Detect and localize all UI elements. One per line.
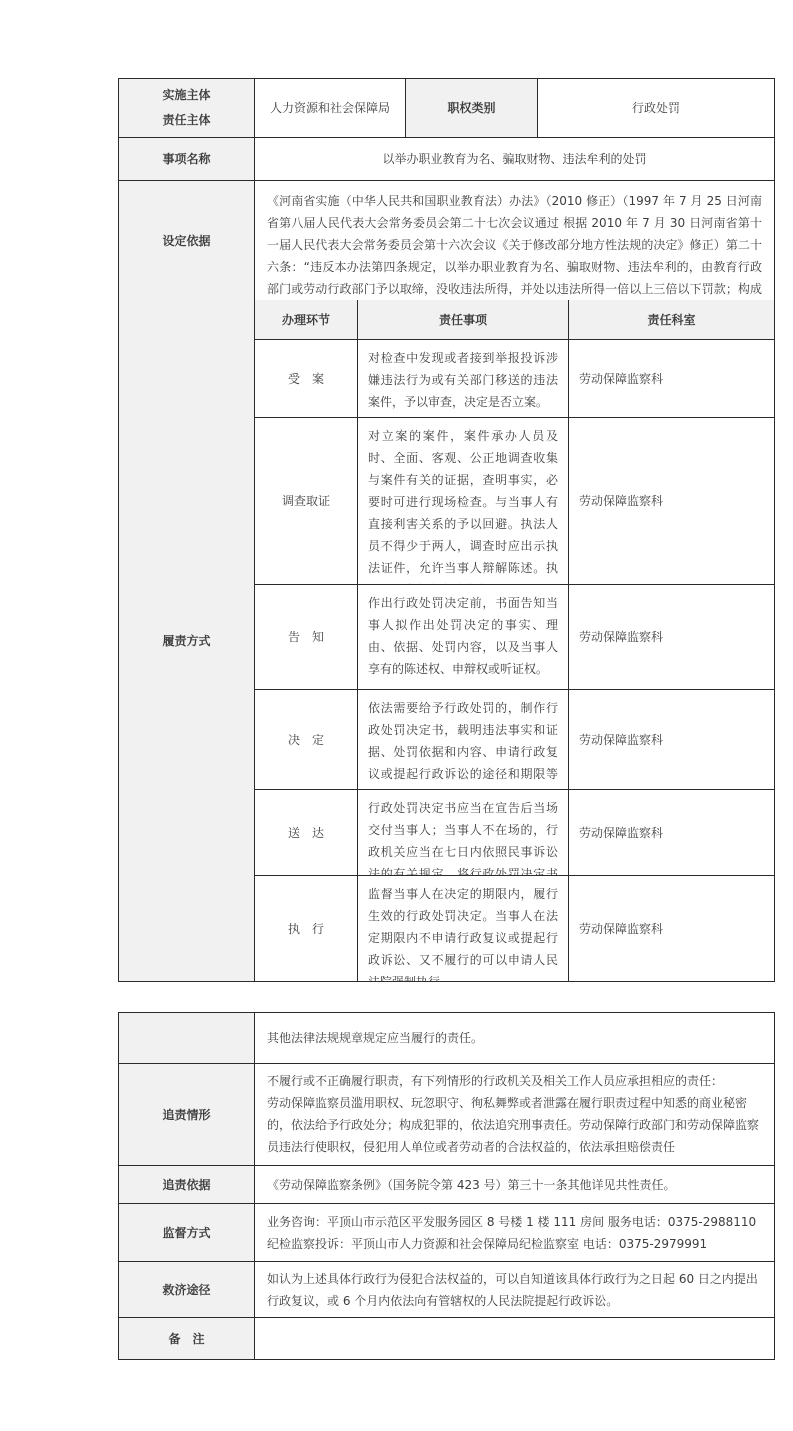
duty-matter-cell: 对立案的案件，案件承办人员及时、全面、客观、公正地调查收集与案件有关的证据，查明…: [358, 418, 569, 585]
supervision-method-content-cell: 业务咨询：平顶山市示范区平发服务园区 8 号楼 1 楼 111 房间 服务电话：…: [255, 1204, 775, 1262]
liability-situation-label-cell: 追责情形: [119, 1064, 255, 1166]
duty-step-cell: 受 案: [255, 340, 358, 418]
duty-dept-cell: 劳动保障监察科: [569, 585, 775, 690]
supervision-method-label-cell: 监督方式: [119, 1204, 255, 1262]
liability-situation-content-cell: 不履行或不正确履行职责，有下列情形的行政机关及相关工作人员应承担相应的责任： 劳…: [255, 1064, 775, 1166]
duty-matter-cell: 对检查中发现或者接到举报投诉涉嫌违法行为或有关部门移送的违法案件，予以审查，决定…: [358, 340, 569, 418]
duty-step-cell: 送 达: [255, 790, 358, 876]
remedy-channel-content-cell: 如认为上述具体行政行为侵犯合法权益的，可以自知道该具体行政行为之日起 60 日之…: [255, 1262, 775, 1318]
duty-label-cell: 履责方式: [119, 300, 255, 982]
liability-basis-content-cell: 《劳动保障监察条例》（国务院令第 423 号）第三十一条其他详见共性责任。: [255, 1166, 775, 1204]
duty-dept-cell: 劳动保障监察科: [569, 790, 775, 876]
accountability-table: 其他法律法规规章规定应当履行的责任。 追责情形 不履行或不正确履行职责，有下列情…: [118, 1012, 775, 1360]
remarks-label-cell: 备 注: [119, 1318, 255, 1360]
other-duty-label-cell: [119, 1013, 255, 1064]
duty-header-dept: 责任科室: [569, 300, 775, 340]
duty-matter-cell: 作出行政处罚决定前，书面告知当事人拟作出处罚决定的事实、理由、依据、处罚内容，以…: [358, 585, 569, 690]
duty-step-cell: 执 行: [255, 876, 358, 982]
item-name-label-cell: 事项名称: [119, 138, 255, 181]
liability-basis-label-cell: 追责依据: [119, 1166, 255, 1204]
duty-matter-cell: 监督当事人在决定的期限内，履行生效的行政处罚决定。当事人在法定期限内不申请行政复…: [358, 876, 569, 982]
duty-matter-cell: 依法需要给予行政处罚的，制作行政处罚决定书，载明违法事实和证据、处罚依据和内容、…: [358, 690, 569, 790]
basis-label-cell: 设定依据: [119, 181, 255, 301]
subject-value-cell: 人力资源和社会保障局: [255, 79, 406, 138]
duty-header-matter: 责任事项: [358, 300, 569, 340]
basis-value-cell: 《河南省实施（中华人民共和国职业教育法）办法》（2010 修正）（1997 年 …: [255, 181, 775, 301]
subject-label-cell: 实施主体 责任主体: [119, 79, 255, 138]
remarks-content-cell: [255, 1318, 775, 1360]
item-name-value-cell: 以举办职业教育为名、骗取财物、违法牟利的处罚: [255, 138, 775, 181]
category-value-cell: 行政处罚: [538, 79, 775, 138]
duty-dept-cell: 劳动保障监察科: [569, 418, 775, 585]
duty-dept-cell: 劳动保障监察科: [569, 340, 775, 418]
duty-matter-cell: 行政处罚决定书应当在宣告后当场交付当事人；当事人不在场的，行政机关应当在七日内依…: [358, 790, 569, 876]
other-duty-content-cell: 其他法律法规规章规定应当履行的责任。: [255, 1013, 775, 1064]
remedy-channel-label-cell: 救济途径: [119, 1262, 255, 1318]
duty-dept-cell: 劳动保障监察科: [569, 690, 775, 790]
duty-dept-cell: 劳动保障监察科: [569, 876, 775, 982]
category-label-cell: 职权类别: [406, 79, 538, 138]
duty-step-cell: 决 定: [255, 690, 358, 790]
duty-table: 履责方式 办理环节 责任事项 责任科室 受 案 对检查中发现或者接到举报投诉涉嫌…: [118, 300, 775, 982]
duty-step-cell: 告 知: [255, 585, 358, 690]
main-info-table: 实施主体 责任主体 人力资源和社会保障局 职权类别 行政处罚 事项名称 以举办职…: [118, 78, 775, 301]
duty-step-cell: 调查取证: [255, 418, 358, 585]
duty-header-step: 办理环节: [255, 300, 358, 340]
